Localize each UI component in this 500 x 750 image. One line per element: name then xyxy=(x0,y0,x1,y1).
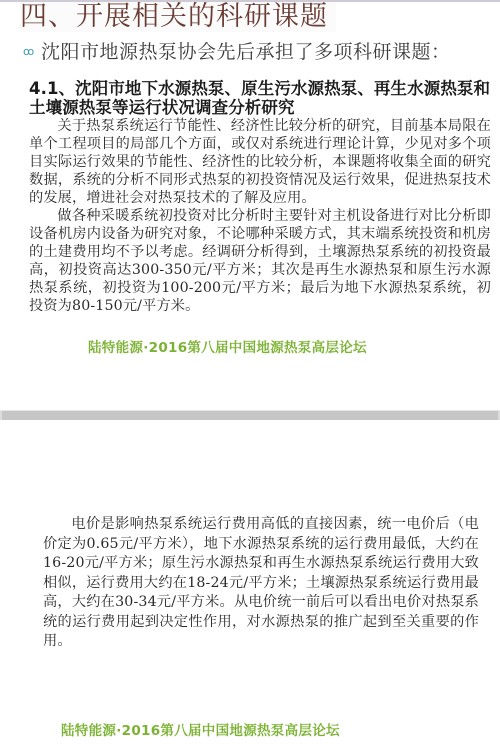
slide-title: 四、开展相关的科研课题 xyxy=(20,2,336,32)
slide-footer: 陆特能源·2016第八届中国地源热泵高层论坛 xyxy=(88,336,367,356)
section-heading: 4.1、沈阳市地下水源热泵、原生污水源热泵、再生水源热泵和土壤源热泵等运行状况调… xyxy=(29,79,494,117)
bullet-text: 沈阳市地源热泵协会先后承担了多项科研课题： xyxy=(41,40,451,64)
scroll-bullet-icon: ꝏ xyxy=(23,46,37,58)
slide-1: 四、开展相关的科研课题 ꝏ 沈阳市地源热泵协会先后承担了多项科研课题： 4.1、… xyxy=(0,2,500,410)
bullet-point: ꝏ 沈阳市地源热泵协会先后承担了多项科研课题： xyxy=(23,40,451,64)
slide-footer: 陆特能源·2016第八届中国地源热泵高层论坛 xyxy=(61,719,340,739)
paragraph: 做各种采暖系统初投资对比分析时主要针对主机设备进行对比分析即设备机房内设备为研究… xyxy=(29,207,491,315)
slide-2: 电价是影响热泵系统运行费用高低的直接因素，统一电价后（电价定为0.65元/平方米… xyxy=(0,420,500,750)
paragraph: 电价是影响热泵系统运行费用高低的直接因素，统一电价后（电价定为0.65元/平方米… xyxy=(43,515,479,652)
body-text: 电价是影响热泵系统运行费用高低的直接因素，统一电价后（电价定为0.65元/平方米… xyxy=(43,515,479,652)
paragraph: 关于热泵系统运行节能性、经济性比较分析的研究，目前基本局限在单个工程项目的局部几… xyxy=(29,117,491,207)
body-text: 关于热泵系统运行节能性、经济性比较分析的研究，目前基本局限在单个工程项目的局部几… xyxy=(29,117,491,315)
